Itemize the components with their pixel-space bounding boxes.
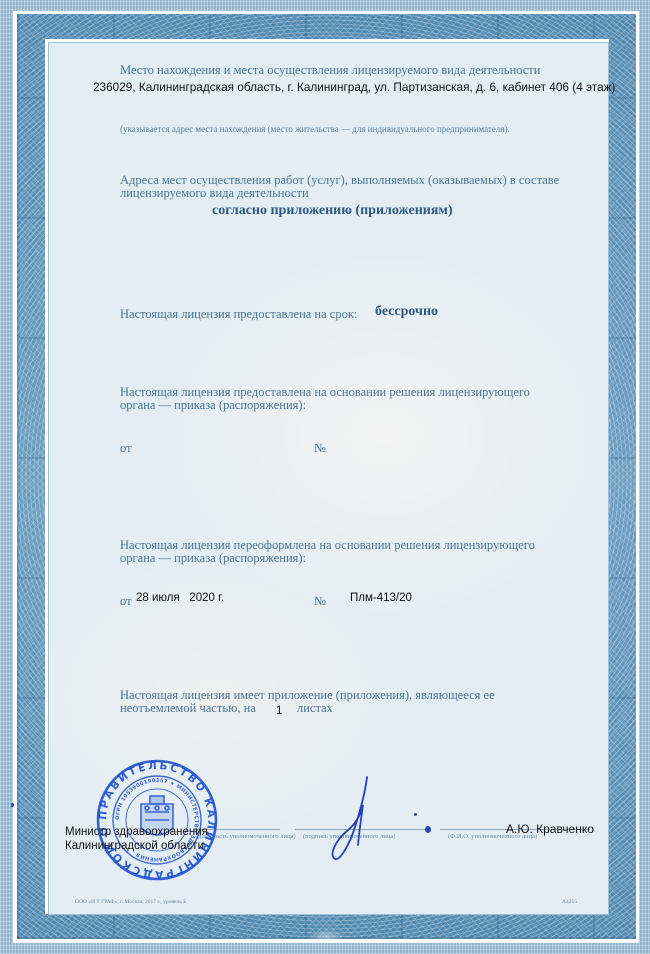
printer-imprint: ООО «Н Т ГРАФ», г. Москва, 2017 г., уров… (75, 899, 186, 905)
basis-line1: Настоящая лицензия предоставлена на осно… (120, 385, 530, 399)
signer-name: А.Ю. Кравченко (506, 822, 594, 836)
signer-position-line2: Калининградской области (65, 840, 204, 852)
official-seal-stamp: ПРАВИТЕЛЬСТВО КАЛИНИНГРАДСКОЙ ОБЛАСТИ ОГ… (95, 758, 219, 882)
appendix-line2-suffix: листах (297, 701, 333, 715)
basis-line2: органа — приказа (распоряжения): (120, 398, 306, 412)
location-note: (указывается адрес места нахождения (мес… (120, 124, 510, 134)
appendix-pages: 1 (276, 705, 282, 717)
basis-number-label: № (314, 441, 326, 455)
basis-from-label: от (120, 441, 132, 455)
addresses-heading-line2: лицензируемого вида деятельности (120, 186, 309, 200)
reissue-date: 28 июля 2020 г. (136, 592, 224, 604)
handwritten-signature (325, 775, 385, 867)
ink-mark (414, 813, 417, 816)
ink-mark (11, 803, 14, 807)
reissue-number-label: № (314, 594, 326, 608)
reissue-line1: Настоящая лицензия переоформлена на осно… (120, 538, 535, 552)
addresses-value: согласно приложению (приложениям) (212, 203, 453, 219)
location-value: 236029, Калининградская область, г. Кали… (93, 80, 615, 94)
signer-position-line1: Министр здравоохранения (65, 826, 208, 838)
appendix-line2-prefix: неотъемлемой частью, на (120, 701, 256, 715)
form-number: А4255 (562, 899, 577, 905)
ink-mark (425, 826, 431, 833)
reissue-number: Плм-413/20 (350, 592, 412, 604)
addresses-heading-line1: Адреса мест осуществления работ (услуг),… (120, 173, 559, 187)
reissue-line2: органа — приказа (распоряжения): (120, 551, 306, 565)
term-label: Настоящая лицензия предоставлена на срок… (120, 307, 357, 321)
reissue-from-label: от (120, 594, 132, 608)
term-value: бессрочно (375, 304, 438, 320)
appendix-line1: Настоящая лицензия имеет приложение (при… (120, 688, 495, 702)
location-heading: Место нахождения и места осуществления л… (120, 63, 540, 77)
